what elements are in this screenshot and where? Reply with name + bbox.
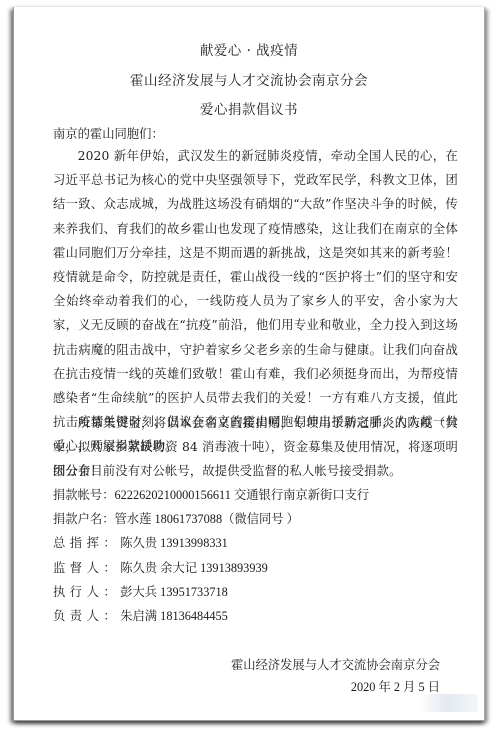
executor-label: 执行人： [53, 580, 120, 604]
supervisor-value: 陈久贵 余大记 13913893939 [120, 561, 268, 575]
scan-artifact [418, 694, 478, 712]
organization-title: 霍山经济发展与人才交流协会南京分会 [14, 69, 484, 89]
donation-account-label: 捐款帐号： [53, 483, 115, 507]
executor-value: 彭大兵 13951733718 [120, 585, 228, 599]
salutation: 南京的霍山同胞们： [53, 124, 164, 142]
donation-account-row: 捐款帐号：6222620210000156611 交通银行南京新街口支行 [53, 483, 369, 507]
donation-info: 捐款帐号：6222620210000156611 交通银行南京新街口支行 捐款户… [53, 483, 369, 628]
signature-organization: 霍山经济发展与人才交流协会南京分会 [231, 654, 440, 676]
account-name-value: 管水莲 18061737088（微信同号 ） [115, 512, 299, 526]
responsible-row: 负责人：朱启满 18136484455 [53, 604, 369, 628]
responsible-label: 负责人： [53, 604, 120, 628]
account-name-row: 捐款户名：管水莲 18061737088（微信同号 ） [53, 507, 369, 531]
commander-row: 总指挥：陈久贵 13913998331 [53, 531, 369, 555]
signature-date: 2020 年 2 月 5 日 [231, 676, 440, 698]
document-page: 献爱心 · 战疫情 霍山经济发展与人才交流协会南京分会 爱心捐款倡议书 南京的霍… [13, 7, 485, 721]
commander-label: 总指挥： [53, 531, 120, 555]
donation-account-value: 6222620210000156611 交通银行南京新街口支行 [115, 488, 370, 502]
responsible-value: 朱启满 18136484455 [120, 609, 228, 623]
document-slogan: 献爱心 · 战疫情 [14, 39, 484, 59]
commander-value: 陈久贵 13913998331 [120, 536, 228, 550]
signature-block: 霍山经济发展与人才交流协会南京分会 2020 年 2 月 5 日 [231, 654, 440, 698]
paragraph-account-note: 因分会目前没有对公帐号，故提供受监督的私人帐号接受捐款。 [53, 459, 458, 483]
supervisor-row: 监督人：陈久贵 余大记 13913893939 [53, 556, 369, 580]
supervisor-label: 监督人： [53, 556, 120, 580]
document-title: 爱心捐款倡议书 [14, 98, 484, 118]
executor-row: 执行人：彭大兵 13951733718 [53, 580, 369, 604]
account-name-label: 捐款户名： [53, 507, 115, 531]
